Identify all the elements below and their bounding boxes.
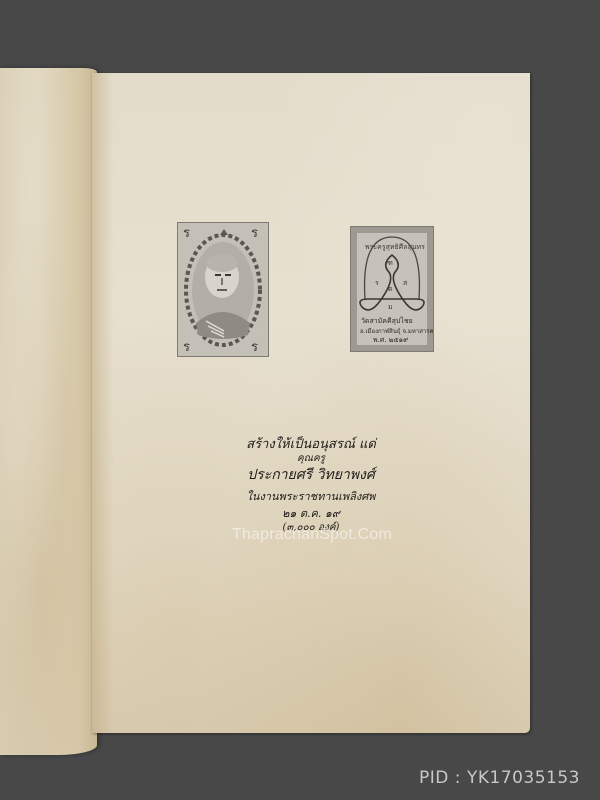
svg-text:ร: ร — [183, 340, 190, 355]
svg-text:ร: ร — [375, 279, 379, 287]
paper-stain — [92, 73, 530, 733]
svg-text:ร: ร — [183, 226, 190, 241]
svg-text:ร: ร — [251, 340, 258, 355]
right-page: ร ร ร ร พระครูสุทธิศีลสุนทร ฑ ร ส ต ม วั… — [92, 73, 530, 733]
left-page-curled — [0, 68, 97, 755]
svg-text:ม: ม — [388, 303, 393, 311]
yant-amulet-icon: พระครูสุทธิศีลสุนทร ฑ ร ส ต ม วัดสามัคคี… — [351, 227, 433, 351]
yant-amulet-image: พระครูสุทธิศีลสุนทร ฑ ร ส ต ม วัดสามัคคี… — [350, 226, 434, 352]
caption-line-3: ประกายศรี วิทยาพงศ์ — [92, 464, 530, 486]
paper-texture — [0, 68, 97, 755]
portrait-amulet-icon: ร ร ร ร — [178, 223, 268, 356]
caption-line-4: ในงานพระราชทานเพลิงศพ — [92, 487, 530, 505]
watermark: ThaprachanSpot.Com — [212, 526, 412, 544]
svg-text:พระครูสุทธิศีลสุนทร: พระครูสุทธิศีลสุนทร — [365, 243, 425, 251]
svg-text:อ.เมืองกาฬสินธุ์ จ.มหาสารคาม: อ.เมืองกาฬสินธุ์ จ.มหาสารคาม — [360, 327, 433, 335]
svg-text:พ.ศ. ๒๕๑๙: พ.ศ. ๒๕๑๙ — [373, 336, 408, 344]
svg-text:วัดสามัคคีสุปไชย: วัดสามัคคีสุปไชย — [361, 316, 413, 325]
svg-text:ฑ: ฑ — [387, 259, 393, 267]
product-id-label: PID : YK17035153 — [419, 768, 580, 788]
monk-portrait-amulet-image: ร ร ร ร — [177, 222, 269, 357]
svg-text:ต: ต — [388, 285, 393, 293]
svg-text:ร: ร — [251, 226, 258, 241]
svg-text:ส: ส — [403, 279, 408, 287]
